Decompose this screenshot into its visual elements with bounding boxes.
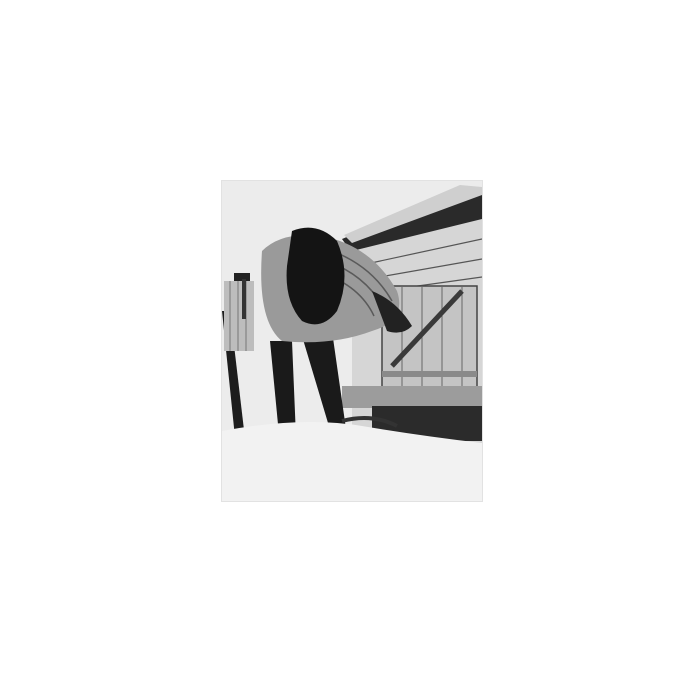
- photograph: Person in striped sweater bending at woo…: [221, 180, 483, 502]
- photo-scene: [222, 181, 482, 501]
- person-head: [287, 228, 345, 325]
